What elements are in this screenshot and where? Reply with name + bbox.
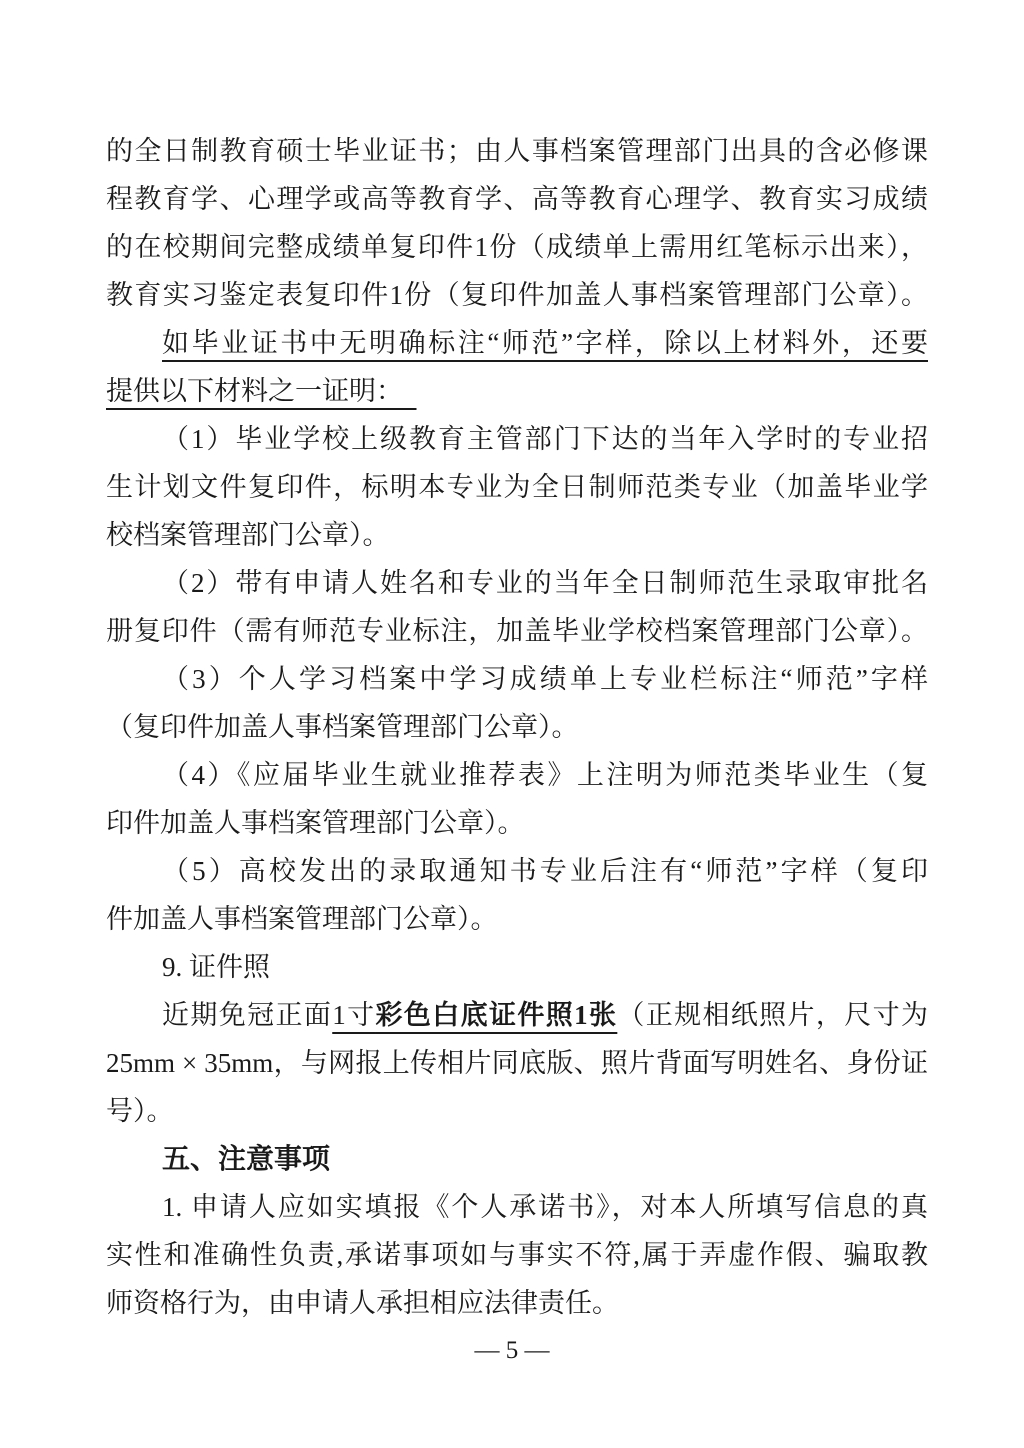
section-heading: 五、注意事项 (106, 1135, 928, 1183)
list-item-line: 件加盖人事档案管理部门公章）。 (106, 895, 928, 943)
body-text-line: 教育实习鉴定表复印件1份（复印件加盖人事档案管理部门公章）。 (106, 271, 928, 319)
list-item-line: （4）《应届毕业生就业推荐表》上注明为师范类毕业生（复 (106, 751, 928, 799)
underlined-note-line: 提供以下材料之一证明： (106, 367, 928, 415)
document-page: 的全日制教育硕士毕业证书；由人事档案管理部门出具的含必修课 程教育学、心理学或高… (0, 0, 1024, 1448)
photo-requirement-line: 25mm × 35mm，与网报上传相片同底版、照片背面写明姓名、身份证 (106, 1039, 928, 1087)
body-text-line: 师资格行为，由申请人承担相应法律责任。 (106, 1279, 928, 1327)
document-body: 的全日制教育硕士毕业证书；由人事档案管理部门出具的含必修课 程教育学、心理学或高… (106, 127, 928, 1327)
body-text-line: 的在校期间完整成绩单复印件1份（成绩单上需用红笔标示出来）， (106, 223, 928, 271)
numbered-subheading: 9. 证件照 (106, 943, 928, 991)
photo-requirement-line: 近期免冠正面1寸彩色白底证件照1张（正规相纸照片，尺寸为 (106, 991, 928, 1039)
photo-requirement-prefix: 近期免冠正面 (162, 1000, 332, 1030)
photo-requirement-line: 号）。 (106, 1087, 928, 1135)
photo-spec-bold-underlined: 彩色白底证件照1张 (375, 1000, 617, 1030)
list-item-line: 印件加盖人事档案管理部门公章）。 (106, 799, 928, 847)
body-text-line: 实性和准确性负责,承诺事项如与事实不符,属于弄虚作假、骗取教 (106, 1231, 928, 1279)
body-text-line: 的全日制教育硕士毕业证书；由人事档案管理部门出具的含必修课 (106, 127, 928, 175)
body-text-line: 1. 申请人应如实填报《个人承诺书》，对本人所填写信息的真 (106, 1183, 928, 1231)
list-item-line: （3）个人学习档案中学习成绩单上专业栏标注“师范”字样 (106, 655, 928, 703)
underlined-text: 如毕业证书中无明确标注“师范”字样，除以上材料外，还要 (162, 328, 928, 358)
list-item-line: 校档案管理部门公章）。 (106, 511, 928, 559)
page-number: — 5 — (0, 1327, 1024, 1375)
list-item-line: （2）带有申请人姓名和专业的当年全日制师范生录取审批名 (106, 559, 928, 607)
list-item-line: （复印件加盖人事档案管理部门公章）。 (106, 703, 928, 751)
photo-requirement-suffix: （正规相纸照片，尺寸为 (617, 1000, 928, 1030)
underlined-note-line: 如毕业证书中无明确标注“师范”字样，除以上材料外，还要 (106, 319, 928, 367)
list-item-line: （5）高校发出的录取通知书专业后注有“师范”字样（复印 (106, 847, 928, 895)
underlined-text: 提供以下材料之一证明： (106, 376, 417, 406)
list-item-line: （1）毕业学校上级教育主管部门下达的当年入学时的专业招 (106, 415, 928, 463)
list-item-line: 册复印件（需有师范专业标注，加盖毕业学校档案管理部门公章）。 (106, 607, 928, 655)
photo-size-underlined: 1寸 (332, 1000, 375, 1030)
body-text-line: 程教育学、心理学或高等教育学、高等教育心理学、教育实习成绩 (106, 175, 928, 223)
list-item-line: 生计划文件复印件，标明本专业为全日制师范类专业（加盖毕业学 (106, 463, 928, 511)
